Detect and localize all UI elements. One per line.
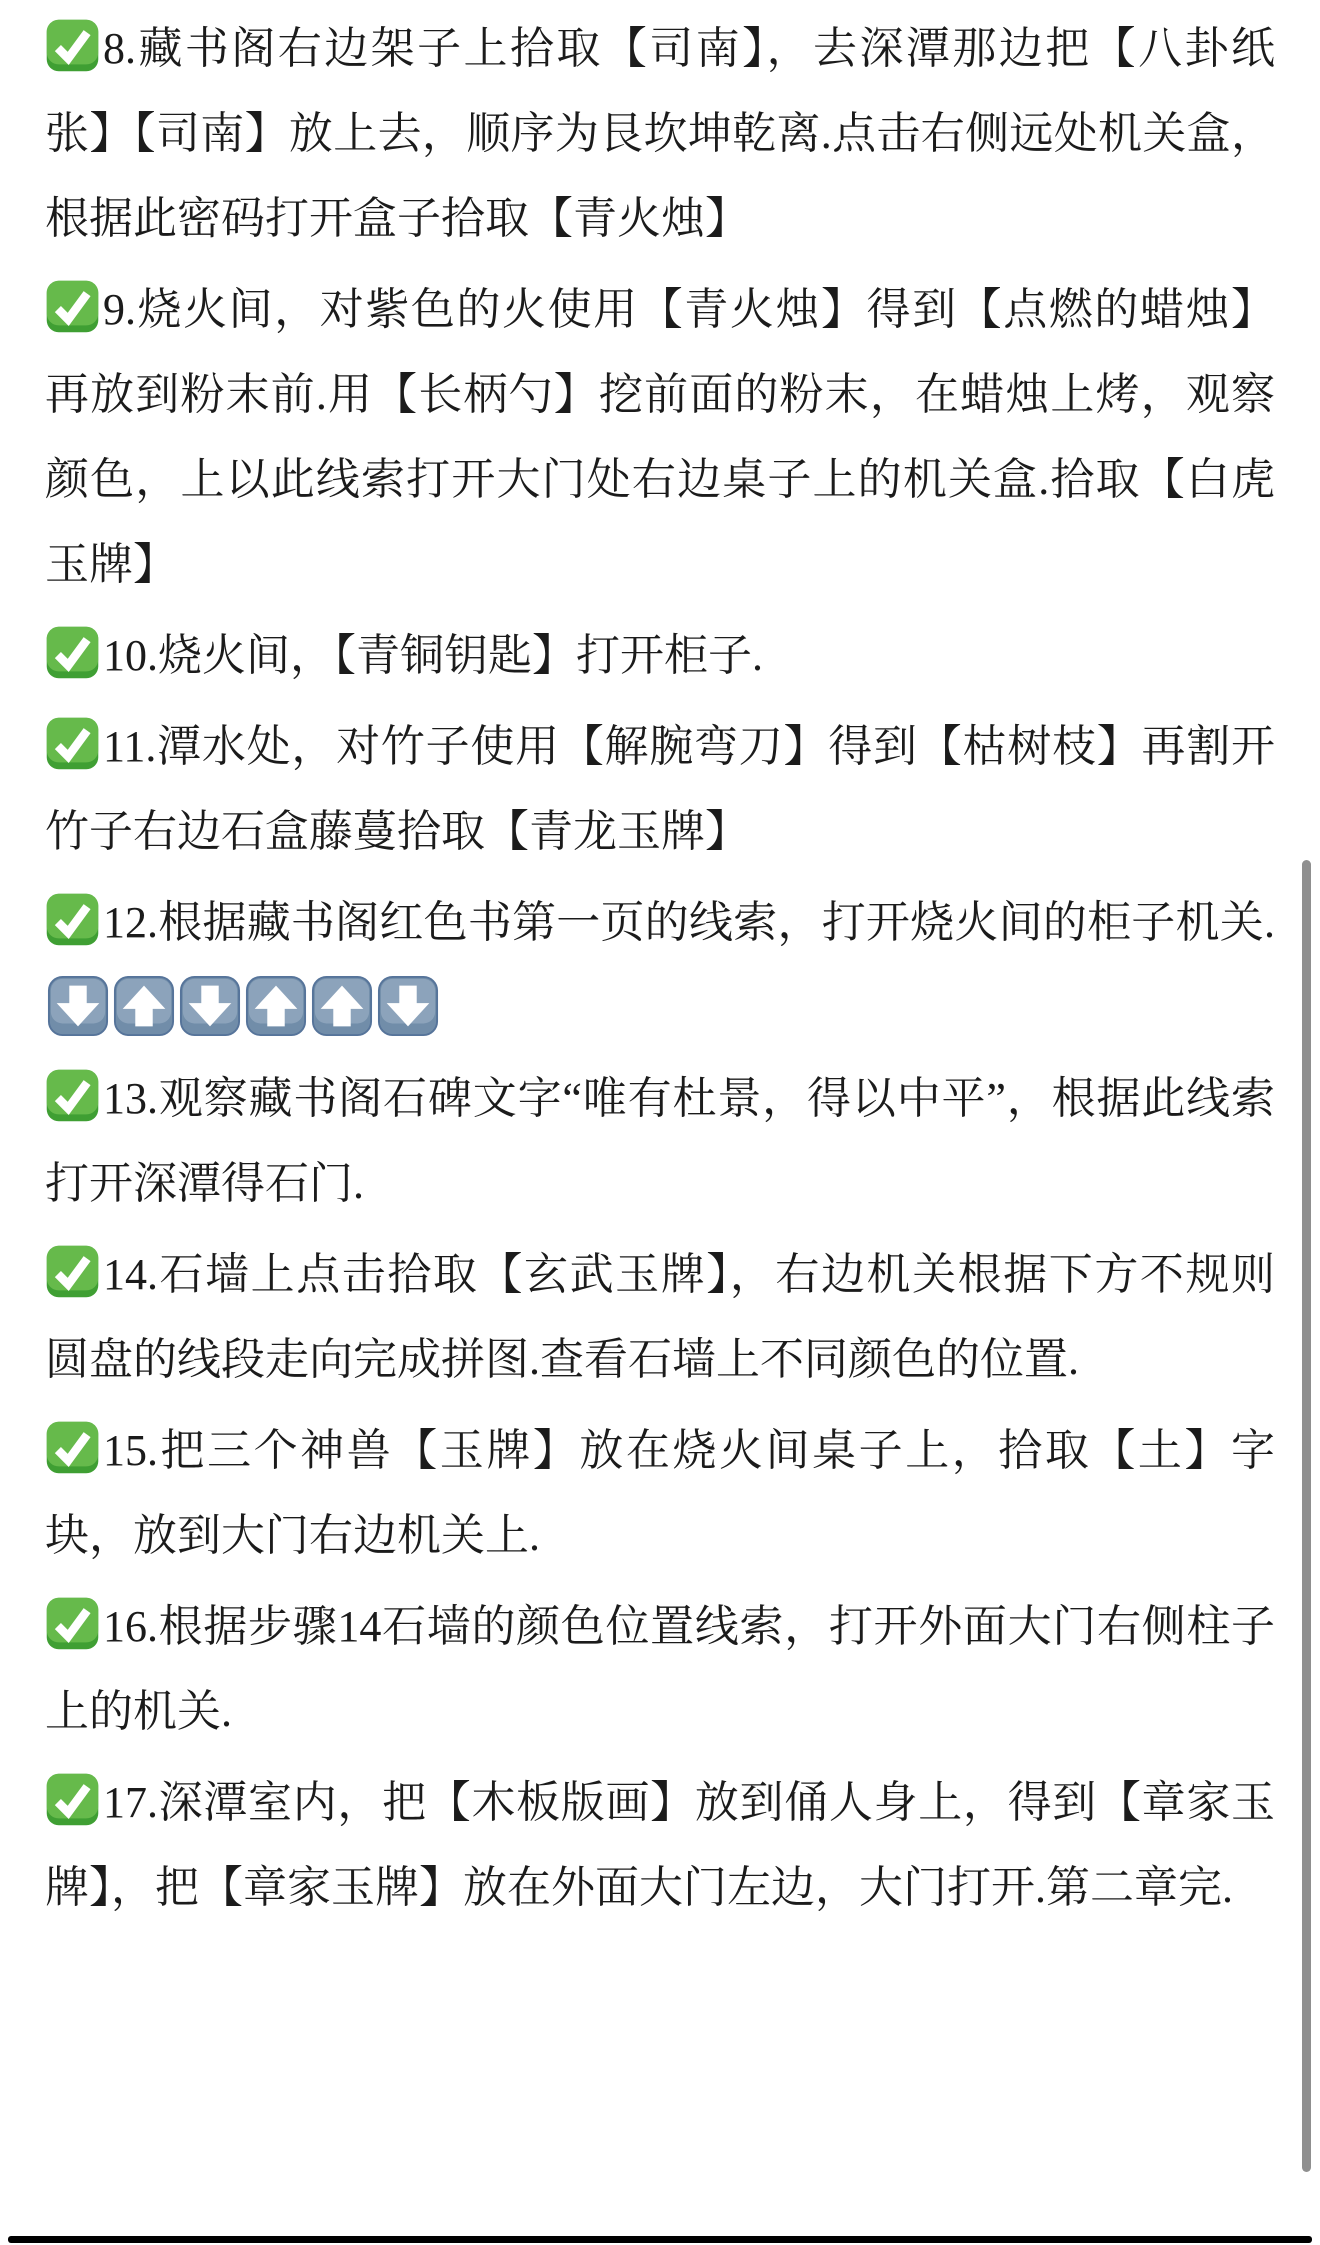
step-item: 9.烧火间，对紫色的火使用【青火烛】得到【点燃的蜡烛】再放到粉末前.用【长柄勺】… [45, 267, 1275, 607]
check-mark-icon [45, 625, 100, 680]
step-item: 14.石墙上点击拾取【玄武玉牌】，右边机关根据下方不规则圆盘的线段走向完成拼图.… [45, 1232, 1275, 1402]
check-mark-icon [45, 279, 100, 334]
step-text: 11.潭水处，对竹子使用【解腕弯刀】得到【枯树枝】再割开竹子右边石盒藤蔓拾取【青… [45, 722, 1275, 856]
scrollbar-thumb[interactable] [1302, 860, 1311, 2172]
step-item: 16.根据步骤14石墙的颜色位置线索，打开外面大门右侧柱子上的机关. [45, 1584, 1275, 1754]
check-mark-icon [45, 716, 100, 771]
step-text: 16.根据步骤14石墙的颜色位置线索，打开外面大门右侧柱子上的机关. [45, 1602, 1275, 1736]
step-text: 13.观察藏书阁石碑文字“唯有杜景，得以中平”，根据此线索打开深潭得石门. [45, 1074, 1275, 1208]
step-item: 10.烧火间，【青铜钥匙】打开柜子. [45, 613, 1275, 698]
step-text: 8.藏书阁右边架子上拾取【司南】，去深潭那边把【八卦纸张】【司南】放上去，顺序为… [45, 24, 1275, 243]
check-mark-icon [45, 1596, 100, 1651]
arrow-down-icon [47, 975, 109, 1037]
step-item: 17.深潭室内，把【木板版画】放到俑人身上，得到【章家玉牌】，把【章家玉牌】放在… [45, 1760, 1275, 1930]
arrow-down-icon [179, 975, 241, 1037]
check-mark-icon [45, 18, 100, 73]
check-mark-icon [45, 892, 100, 947]
step-text: 17.深潭室内，把【木板版画】放到俑人身上，得到【章家玉牌】，把【章家玉牌】放在… [45, 1778, 1275, 1912]
step-text: 15.把三个神兽【玉牌】放在烧火间桌子上，拾取【土】字块，放到大门右边机关上. [45, 1426, 1275, 1560]
check-mark-icon [45, 1772, 100, 1827]
step-item: 12.根据藏书阁红色书第一页的线索，打开烧火间的柜子机关. [45, 880, 1275, 1050]
arrow-up-icon [113, 975, 175, 1037]
check-mark-icon [45, 1068, 100, 1123]
bottom-border-line [8, 2236, 1312, 2243]
step-item: 15.把三个神兽【玉牌】放在烧火间桌子上，拾取【土】字块，放到大门右边机关上. [45, 1408, 1275, 1578]
check-mark-icon [45, 1420, 100, 1475]
arrow-up-icon [245, 975, 307, 1037]
walkthrough-steps-list: 8.藏书阁右边架子上拾取【司南】，去深潭那边把【八卦纸张】【司南】放上去，顺序为… [45, 6, 1275, 1936]
step-item: 11.潭水处，对竹子使用【解腕弯刀】得到【枯树枝】再割开竹子右边石盒藤蔓拾取【青… [45, 704, 1275, 874]
step-text: 12.根据藏书阁红色书第一页的线索，打开烧火间的柜子机关. [103, 898, 1275, 947]
arrow-up-icon [311, 975, 373, 1037]
arrow-down-icon [377, 975, 439, 1037]
step-text: 9.烧火间，对紫色的火使用【青火烛】得到【点燃的蜡烛】再放到粉末前.用【长柄勺】… [45, 285, 1275, 589]
check-mark-icon [45, 1244, 100, 1299]
step-text: 10.烧火间，【青铜钥匙】打开柜子. [103, 631, 763, 680]
step-text: 14.石墙上点击拾取【玄武玉牌】，右边机关根据下方不规则圆盘的线段走向完成拼图.… [45, 1250, 1275, 1384]
step-item: 13.观察藏书阁石碑文字“唯有杜景，得以中平”，根据此线索打开深潭得石门. [45, 1056, 1275, 1226]
step-item: 8.藏书阁右边架子上拾取【司南】，去深潭那边把【八卦纸张】【司南】放上去，顺序为… [45, 6, 1275, 261]
